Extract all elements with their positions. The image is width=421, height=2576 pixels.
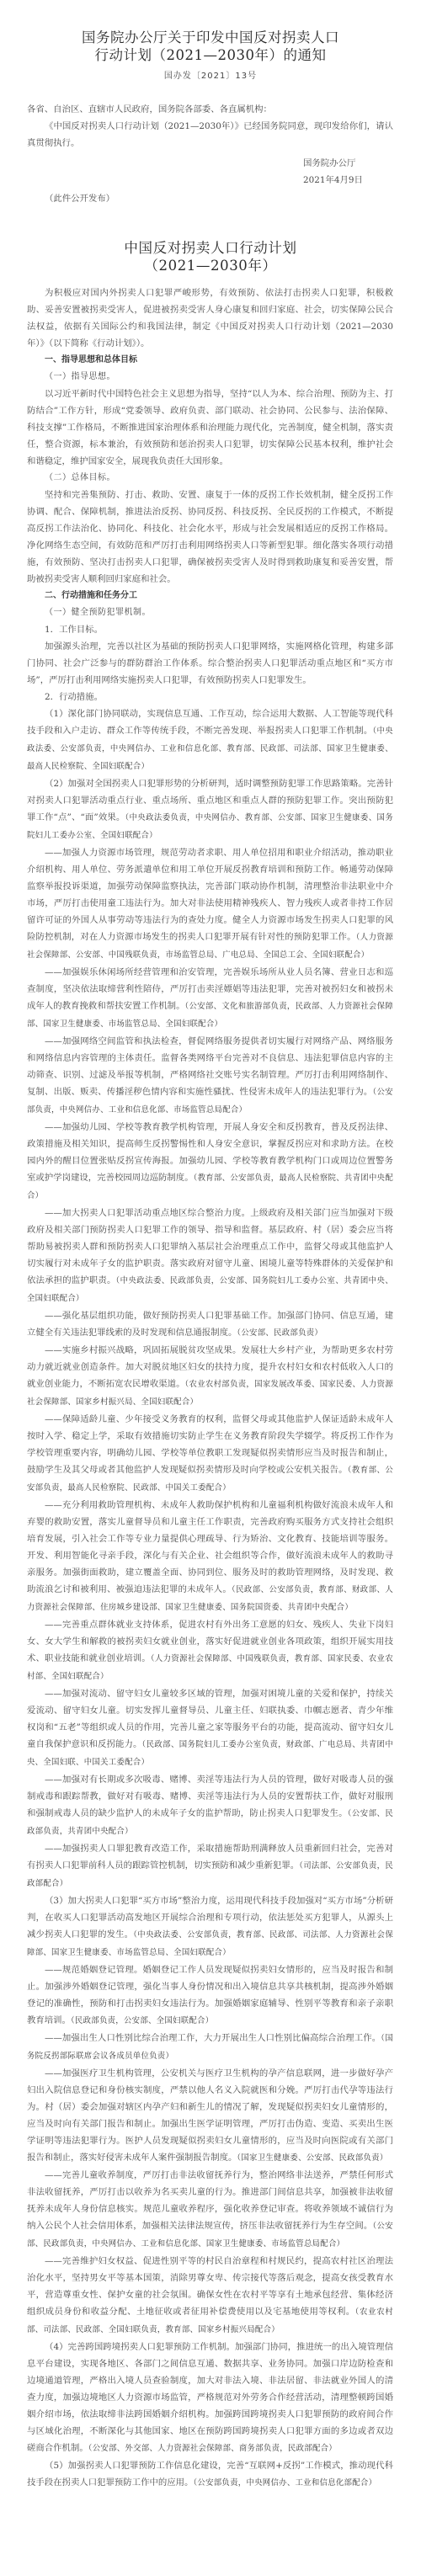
measure-item: ——加强拐卖人口罪犯教育改造工作，采取措施帮助刑满释放人员重新回归社会，完善对有…: [27, 1840, 393, 1892]
subsection-heading-guiding: （一）指导思想。: [27, 369, 393, 386]
section-heading-1: 一、指导思想和总体目标: [27, 352, 393, 369]
measure-item: ——强化基层组织功能，做好预防拐卖人口犯罪基础工作。加强部门协同、信息互通，建立…: [27, 1307, 393, 1342]
notice-title-line1: 国务院办公厅关于印发中国反对拐卖人口: [0, 29, 421, 46]
subsection-heading-goals: （二）总体目标。: [27, 470, 393, 487]
measure-item: （2）加强对全国拐卖人口犯罪形势的分析研判，适时调整预防犯罪工作思路策略。完善针…: [27, 775, 393, 844]
measure-item: ——加强幼儿园、学校等教育教学机构管理，开展人身安全和反拐教育，普及反拐法律、政…: [27, 1119, 393, 1205]
publication-note: （此件公开发布）: [27, 190, 393, 207]
measure-item: ——规范婚姻登记管理。婚姻登记工作人员发现疑似拐卖妇女情形的，应当及时报告和制止…: [27, 1961, 393, 2030]
measure-item: ——完善维护妇女权益、促进性别平等的村民自治章程和村规民约，提高农村社区治理法治…: [27, 2253, 393, 2339]
measure-item: ——完善重点群体就业支持体系，促进农村有外出务工意愿的妇女、残疾人、失业下岗妇女…: [27, 1616, 393, 1685]
notice-text: 《中国反对拐卖人口行动计划（2021—2030年）》已经国务院同意，现印发给你们…: [27, 118, 393, 152]
measure-item: ——加强对有长期或多次吸毒、赌博、卖淫等违法行为人员的管理，做好对吸毒人员的强制…: [27, 1771, 393, 1840]
overall-goals-text: 坚持和完善集预防、打击、救助、安置、康复于一体的反拐工作长效机制，健全反拐工作协…: [27, 487, 393, 588]
measure-item: ——加强娱乐休闲场所经营管理和治安管理，完善娱乐场所从业人员名簿、营业日志和巡查…: [27, 964, 393, 1033]
work-goal-text: 加强源头治理，完善以社区为基础的预防拐卖人口犯罪网络，实施网格化管理，构建多部门…: [27, 638, 393, 689]
measure-item: ——加强对流动、留守妇女儿童较多区域的管理，加强对困境儿童的关爱和保护，持续关爱…: [27, 1685, 393, 1771]
measure-item: （5）加强拐卖人口犯罪预防工作信息化建设，完善“互联网+反拐”工作模式，推动现代…: [27, 2457, 393, 2492]
plan-intro: 为积极应对国内外拐卖人口犯罪严峻形势，有效预防、依法打击拐卖人口犯罪，积极救助、…: [27, 285, 393, 352]
subsection-heading-prevention: （一）健全预防犯罪机制。: [27, 604, 393, 621]
notice-body: 各省、自治区、直辖市人民政府，国务院各部委、各直属机构： 《中国反对拐卖人口行动…: [0, 101, 421, 152]
measure-item: （3）加大拐卖人口犯罪“买方市场”整治力度，运用现代科技手段加强对“买方市场”分…: [27, 1892, 393, 1961]
issue-date: 2021年4月9日: [0, 172, 421, 189]
measure-item: ——加强人力资源市场管理，规范劳动者求职、用人单位招用和职业介绍活动，推动职业介…: [27, 844, 393, 964]
responsible-departments: （公安部、民政部负责）: [237, 1328, 322, 1338]
measure-item: （4）完善跨国跨境拐卖人口犯罪预防工作机制。加强部门协同，推进统一的出入境管理信…: [27, 2339, 393, 2457]
plan-title-line1: 中国反对拐卖人口行动计划: [0, 239, 421, 257]
guiding-ideology-text: 以习近平新时代中国特色社会主义思想为指导，坚持“以人为本、综合治理、预防为主、打…: [27, 386, 393, 470]
responsible-departments: （民政部负责，公安部、全国妇联配合）: [71, 2016, 213, 2025]
measure-item: ——加强医疗卫生机构管理，公安机关与医疗卫生机构的孕产信息联网，进一步做好孕产妇…: [27, 2065, 393, 2167]
notice-title-line2: 行动计划（2021—2030年）的通知: [0, 46, 421, 64]
responsible-departments: （国家卫生健康委、公安部、民政部负责）: [237, 2153, 387, 2163]
plan-title-line2: （2021—2030年）: [0, 257, 421, 274]
salutation: 各省、自治区、直辖市人民政府，国务院各部委、各直属机构：: [27, 101, 393, 118]
measures-heading: 2．行动措施。: [27, 689, 393, 705]
measure-item: ——完善儿童收养制度，严厉打击非法收留抚养行为，整治网络非法送养，严禁任何形式非…: [27, 2167, 393, 2253]
measure-item: ——加大拐卖人口犯罪活动重点地区综合整治力度。上级政府及相关部门应当加强对下级政…: [27, 1205, 393, 1307]
responsible-departments: （公安部、外交部、人力资源社会保障部、商务部负责，民政部配合）: [88, 2444, 337, 2453]
publication-note-wrap: （此件公开发布）: [0, 190, 421, 207]
measure-item: ——充分利用救助管理机构、未成年人救助保护机构和儿童福利机构做好流浪未成年人和弃…: [27, 1497, 393, 1616]
measure-item: ——保障适龄儿童、少年接受义务教育的权利，监督父母或其他监护人保证适龄未成年人按…: [27, 1411, 393, 1497]
measure-item: ——加强出生人口性别比综合治理工作，大力开展出生人口性别比偏高综合治理工作。（国…: [27, 2030, 393, 2065]
measures-list: （1）深化部门协同联动，实现信息互通、工作互动，综合运用大数据、人工智能等现代科…: [27, 705, 393, 2492]
document-page: 国务院办公厅关于印发中国反对拐卖人口 行动计划（2021—2030年）的通知 国…: [0, 29, 421, 2492]
plan-body: 为积极应对国内外拐卖人口犯罪严峻形势，有效预防、依法打击拐卖人口犯罪，积极救助、…: [0, 285, 421, 2492]
measure-item: ——实施乡村振兴战略，巩固拓展脱贫攻坚成果。发展壮大乡村产业，为帮助更多农村劳动…: [27, 1342, 393, 1411]
issuer: 国务院办公厅: [0, 155, 421, 172]
measure-item: ——加强网络空间监管和执法检查，督促网络服务提供者切实履行对网络产品、网络服务和…: [27, 1033, 393, 1119]
work-goal-heading: 1．工作目标。: [27, 621, 393, 638]
document-number: 国办发〔2021〕13号: [0, 68, 421, 81]
section-heading-2: 二、行动措施和任务分工: [27, 588, 393, 604]
measure-item: （1）深化部门协同联动，实现信息互通、工作互动，综合运用大数据、人工智能等现代科…: [27, 705, 393, 775]
responsible-departments: （公安部负责，中央网信办、工业和信息化部配合）: [193, 2478, 376, 2488]
